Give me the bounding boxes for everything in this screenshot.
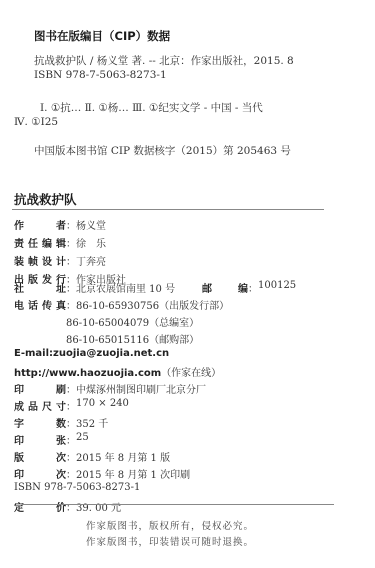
field-address: 社址：北京农展馆南里 10 号 bbox=[14, 280, 175, 295]
field-label: 邮编 bbox=[202, 280, 248, 295]
cip-heading: 图书在版编目（CIP）数据 bbox=[34, 28, 170, 44]
field-phone: 电话传真：86-10-65930756（出版发行部） bbox=[14, 297, 229, 312]
field-label: 版次 bbox=[14, 449, 66, 464]
field-wordcount: 字数：352 千 bbox=[14, 415, 108, 430]
field-design: 装帧设计：丁奔亮 bbox=[14, 253, 106, 268]
book-title: 抗战救护队 bbox=[14, 190, 77, 208]
website-line: http://www.haozuojia.com（作家在线） bbox=[14, 364, 221, 379]
field-label: 印刷 bbox=[14, 381, 66, 396]
field-label: 印次 bbox=[14, 466, 66, 481]
field-printer: 印刷：中煤涿州制图印刷厂北京分厂 bbox=[14, 381, 206, 396]
field-value: 86-10-65930756（出版发行部） bbox=[76, 297, 229, 312]
field-value: 352 千 bbox=[76, 415, 108, 430]
field-price: 定价：39. 00 元 bbox=[14, 499, 121, 514]
website-note: （作家在线） bbox=[161, 368, 221, 379]
field-value: 杨义堂 bbox=[76, 217, 106, 232]
field-value: 2015 年 8 月第 1 版 bbox=[76, 449, 170, 464]
divider bbox=[22, 504, 334, 505]
field-label: 作者 bbox=[14, 217, 66, 232]
field-value: 25 bbox=[76, 432, 89, 447]
field-label: 印张 bbox=[14, 432, 66, 447]
field-value: 2015 年 8 月第 1 次印刷 bbox=[76, 466, 190, 481]
cip-isbn-line: ISBN 978-7-5063-8273-1 bbox=[34, 69, 167, 81]
field-value: 39. 00 元 bbox=[76, 499, 121, 514]
field-value: 北京农展馆南里 10 号 bbox=[76, 280, 175, 295]
field-value: 丁奔亮 bbox=[76, 253, 106, 268]
field-label: 字数 bbox=[14, 415, 66, 430]
cip-classification-line: Ⅳ. ①I25 bbox=[14, 116, 58, 128]
email-link[interactable]: E-mail:zuojia@zuojia.net.cn bbox=[14, 348, 169, 359]
field-value: 100125 bbox=[258, 280, 296, 295]
copyright-notice: 作家版图书，版权所有，侵权必究。 bbox=[86, 518, 254, 532]
field-value: 170 × 240 bbox=[76, 398, 129, 413]
field-postcode: 邮编：100125 bbox=[202, 280, 296, 295]
website-link[interactable]: http://www.haozuojia.com bbox=[14, 368, 161, 379]
cip-verification: 中国版本图书馆 CIP 数据核字（2015）第 205463 号 bbox=[34, 143, 291, 158]
field-value: 徐 乐 bbox=[76, 235, 106, 250]
isbn-line: ISBN 978-7-5063-8273-1 bbox=[14, 482, 140, 493]
field-label: 装帧设计 bbox=[14, 253, 66, 268]
field-label: 成品尺寸 bbox=[14, 398, 66, 413]
field-label: 责任编辑 bbox=[14, 235, 66, 250]
field-author: 作者：杨义堂 bbox=[14, 217, 106, 232]
return-notice: 作家版图书，印装错误可随时退换。 bbox=[86, 534, 254, 548]
field-size: 成品尺寸：170 × 240 bbox=[14, 398, 129, 413]
field-label: 电话传真 bbox=[14, 297, 66, 312]
field-label: 定价 bbox=[14, 499, 66, 514]
phone-line: 86-10-65004079（总编室） bbox=[66, 314, 199, 329]
field-edition: 版次：2015 年 8 月第 1 版 bbox=[14, 449, 170, 464]
divider bbox=[12, 209, 324, 210]
phone-line: 86-10-65015116（邮购部） bbox=[66, 331, 199, 346]
field-value: 中煤涿州制图印刷厂北京分厂 bbox=[76, 381, 206, 396]
field-label: 社址 bbox=[14, 280, 66, 295]
field-editor: 责任编辑：徐 乐 bbox=[14, 235, 106, 250]
cip-entry-line: 抗战救护队 / 杨义堂 著. -- 北京：作家出版社，2015. 8 bbox=[34, 53, 294, 68]
field-sheets: 印张：25 bbox=[14, 432, 89, 447]
cip-classification-line: Ⅰ. ①抗… Ⅱ. ①杨… Ⅲ. ①纪实文学 - 中国 - 当代 bbox=[40, 100, 263, 115]
field-printing: 印次：2015 年 8 月第 1 次印刷 bbox=[14, 466, 190, 481]
